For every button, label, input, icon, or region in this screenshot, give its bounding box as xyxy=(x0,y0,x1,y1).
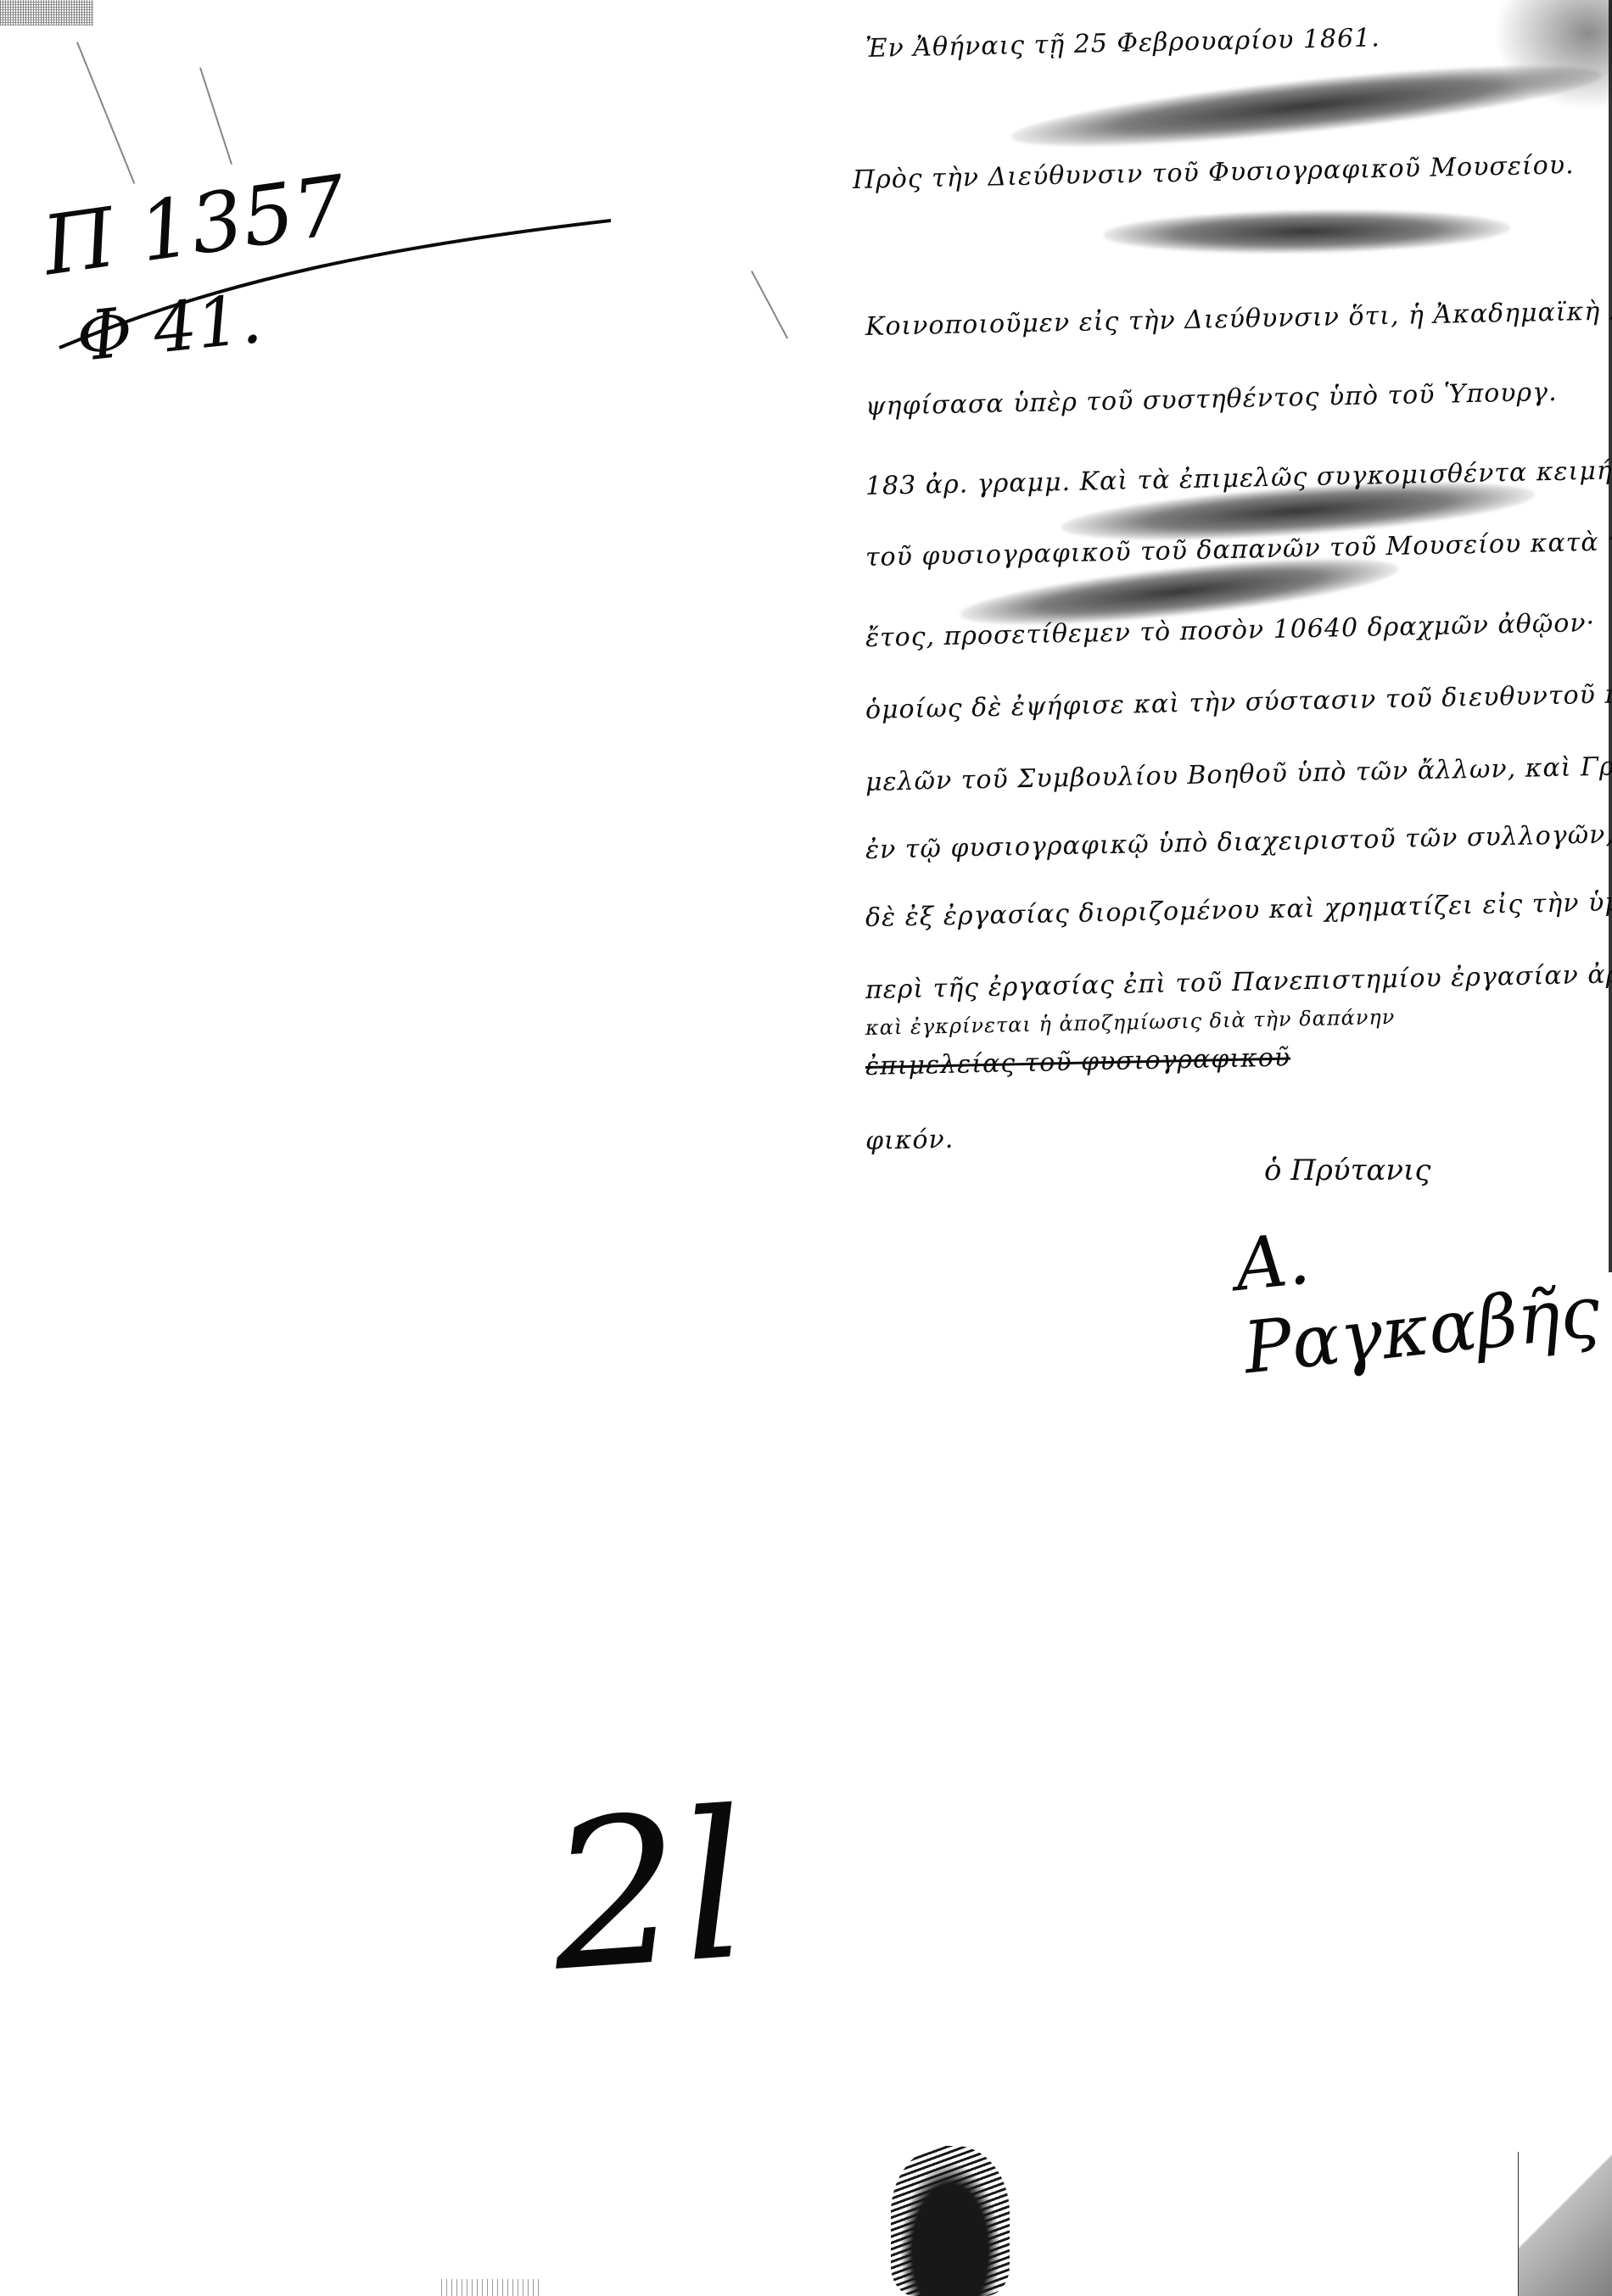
body-line-7: μελῶν τοῦ Συμβουλίου Βοηθοῦ ὑπὸ τῶν ἄλλω… xyxy=(865,749,1612,797)
document-page: Π 1357 Φ 41. Ἐν Ἀθήναις τῇ 25 Φεβρουαρίο… xyxy=(0,0,1612,2296)
body-line-8: ἐν τῷ φυσιογραφικῷ ὑπὸ διαχειριστοῦ τῶν … xyxy=(865,818,1612,865)
folded-corner xyxy=(1518,2152,1612,2296)
body-line-9: δὲ ἐξ ἐργασίας διοριζομένου καὶ χρηματίζ… xyxy=(865,885,1612,933)
body-line-12: ἐπιμελείας τοῦ φυσιογραφικοῦ xyxy=(865,1043,1291,1081)
closing-title: ὁ Πρύτανις xyxy=(1264,1154,1430,1187)
addressee-line: Πρὸς τὴν Διεύθυνσιν τοῦ Φυσιογραφικοῦ Μο… xyxy=(853,150,1575,195)
inserted-note-line: καὶ ἐγκρίνεται ἡ ἀποζημίωσις διὰ τὴν δαπ… xyxy=(865,1005,1396,1040)
body-line-2: ψηφίσασα ὑπὲρ τοῦ συστηθέντος ὑπὸ τοῦ Ὑπ… xyxy=(865,377,1558,422)
fingerprint-smudge xyxy=(891,2146,1010,2296)
body-line-13: φικόν. xyxy=(865,1125,954,1156)
body-line-6: ὁμοίως δὲ ἐψήφισε καὶ τὴν σύστασιν τοῦ δ… xyxy=(865,678,1612,725)
body-line-10: περὶ τῆς ἐργασίας ἐπὶ τοῦ Πανεπιστημίου … xyxy=(865,958,1612,1005)
scan-scratch xyxy=(199,67,232,165)
struck-through-text: ἐπιμελείας τοῦ φυσιογραφικοῦ xyxy=(865,1043,1291,1081)
handwritten-mark-2l: 2l xyxy=(544,1766,754,2016)
pencil-smudge xyxy=(1103,207,1511,256)
scan-noise-bottom xyxy=(441,2279,543,2296)
dateline: Ἐν Ἀθήναις τῇ 25 Φεβρουαρίου 1861. xyxy=(865,23,1380,64)
archive-reference-mark: Π 1357 Φ 41. xyxy=(17,170,611,373)
body-line-1: Κοινοποιοῦμεν εἰς τὴν Διεύθυνσιν ὅτι, ἡ … xyxy=(865,293,1612,342)
signature: Α. Ραγκαβῆς xyxy=(1231,1186,1612,1390)
scan-scratch xyxy=(751,271,788,338)
scan-noise-top-left xyxy=(0,0,93,25)
page-edge-shadow xyxy=(1609,0,1612,1272)
scan-scratch xyxy=(76,42,135,184)
